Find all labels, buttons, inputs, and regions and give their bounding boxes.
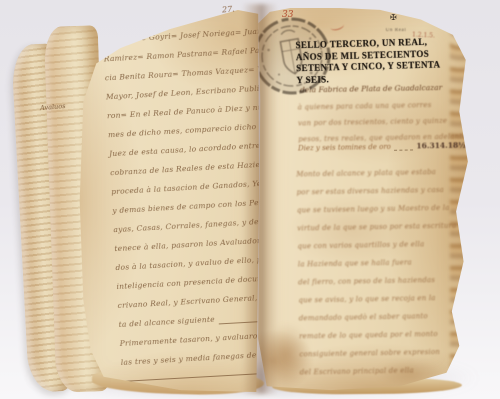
amount-row: Diez y seis tomines de oro 16.314.18½ [298,139,466,156]
left-page-text-block: Antonio de Goyri= Josef Noriega= Juan Ra… [102,22,273,382]
bleedthrough-corner-numbers: 1.2.1.5. [412,31,435,39]
manuscript-photograph: Antonio de Goyri= Josef Noriega= Juan Ra… [0,0,500,399]
left-folio-number: 27. [222,5,235,15]
red-ink-mark [329,20,345,31]
right-page-lower-text: Monto del alcance y plata que estaba por… [296,163,468,382]
cross-icon: ✠ [390,13,397,22]
ink-rule [394,149,414,150]
left-page: Antonio de Goyri= Josef Noriega= Juan Ra… [76,10,260,392]
ink-rule [122,372,274,382]
right-folio-number: 33 [282,10,293,20]
right-page: 33 ✠ Un Real 1.2.1.5. SELLO TERCERO, UN … [256,8,470,392]
amount-value: 16.314.18½ [416,139,466,154]
manuscript-line-text: Diez y seis tomines de oro [298,140,391,156]
stamped-paper-heading: SELLO TERCERO, UN REAL, AÑOS DE MIL SETE… [295,36,468,86]
